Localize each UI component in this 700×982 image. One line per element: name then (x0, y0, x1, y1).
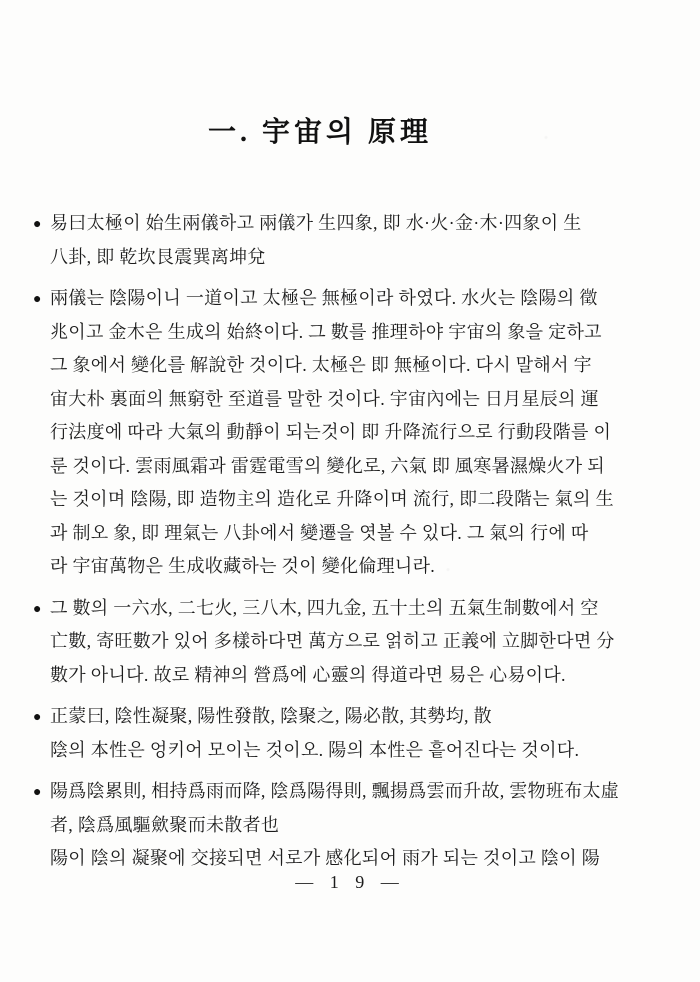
text-line: ●그 數의 一六水, 二七火, 三八木, 四九金, 五十土의 五氣生制數에서 空 (33, 592, 673, 626)
page-title: 一. 宇宙의 原理 (208, 110, 432, 150)
document-page: 一. 宇宙의 原理 ●易曰太極이 始生兩儀하고 兩儀가 生四象, 即 水·火·金… (0, 0, 700, 982)
text-line: 者, 陰爲風驅歛聚而未散者也 (33, 809, 673, 843)
text-line-content: 그 象에서 變化를 解說한 것이다. 太極은 即 無極이다. 다시 말해서 宇 (50, 355, 592, 375)
text-line-content: 易曰太極이 始生兩儀하고 兩儀가 生四象, 即 水·火·金·木·四象이 生 (50, 213, 582, 233)
text-line: 룬 것이다. 雲雨風霜과 雷霆電雪의 變化로, 六氣 即 風寒暑濕燥火가 되 (33, 450, 673, 484)
text-line-content: 數가 아니다. 故로 精神의 營爲에 心靈의 得道라면 易은 心易이다. (50, 665, 566, 685)
text-line-content: 兩儀는 陰陽이니 一道이고 太極은 無極이라 하였다. 水火는 陰陽의 徵 (50, 288, 598, 308)
text-line: ●正蒙曰, 陰性凝聚, 陽性發散, 陰聚之, 陽必散, 其勢均, 散 (33, 700, 673, 734)
text-line-content: 正蒙曰, 陰性凝聚, 陽性發散, 陰聚之, 陽必散, 其勢均, 散 (50, 706, 492, 726)
text-line-content: 陽爲陰累則, 相持爲雨而降, 陰爲陽得則, 飄揚爲雲而升故, 雲物班布太虛 (50, 781, 619, 801)
bullet-marker: ● (33, 208, 50, 242)
text-line-content: 과 制오 象, 即 理氣는 八卦에서 變遷을 엿볼 수 있다. 그 氣의 行에 … (50, 523, 589, 543)
text-line-content: 者, 陰爲風驅歛聚而未散者也 (50, 815, 279, 835)
bullet-marker: ● (33, 776, 50, 810)
text-line: 는 것이며 陰陽, 即 造物主의 造化로 升降이며 流行, 即二段階는 氣의 生 (33, 483, 673, 517)
bullet-marker: ● (33, 283, 50, 317)
text-line-content: 亡數, 寄旺數가 있어 多樣하다면 萬方으로 얽히고 正義에 立脚한다면 分 (50, 631, 615, 651)
text-line-content: 八卦, 即 乾坎艮震巽离坤兌 (50, 247, 266, 267)
text-line-content: 라 宇宙萬物은 生成收藏하는 것이 變化倫理니라. (50, 556, 435, 576)
text-line: 라 宇宙萬物은 生成收藏하는 것이 變化倫理니라. (33, 550, 673, 584)
bullet-marker: ● (33, 593, 50, 627)
text-line: 兆이고 金木은 生成의 始終이다. 그 數를 推理하야 宇宙의 象을 定하고 (33, 316, 673, 350)
text-line-content: 룬 것이다. 雲雨風霜과 雷霆電雪의 變化로, 六氣 即 風寒暑濕燥火가 되 (50, 456, 605, 476)
text-line-content: 陽이 陰의 凝聚에 交接되면 서로가 感化되어 雨가 되는 것이고 陰이 陽 (50, 848, 600, 868)
page-number: — 1 9 — (0, 872, 700, 893)
body-text: ●易曰太極이 始生兩儀하고 兩儀가 生四象, 即 水·火·金·木·四象이 生八卦… (33, 207, 673, 876)
text-line-content: 陰의 本性은 엉키어 모이는 것이오. 陽의 本性은 흩어진다는 것이다. (50, 740, 579, 760)
text-line: 그 象에서 變化를 解說한 것이다. 太極은 即 無極이다. 다시 말해서 宇 (33, 349, 673, 383)
text-line-content: 宙大朴 裏面의 無窮한 至道를 말한 것이다. 宇宙內에는 日月星辰의 運 (50, 389, 599, 409)
text-line: 陰의 本性은 엉키어 모이는 것이오. 陽의 本性은 흩어진다는 것이다. (33, 734, 673, 768)
bullet-marker: ● (33, 701, 50, 735)
text-line-content: 兆이고 金木은 生成의 始終이다. 그 數를 推理하야 宇宙의 象을 定하고 (50, 322, 602, 342)
text-line: 八卦, 即 乾坎艮震巽离坤兌 (33, 241, 673, 275)
text-line-content: 그 數의 一六水, 二七火, 三八木, 四九金, 五十土의 五氣生制數에서 空 (50, 598, 599, 618)
text-line: 宙大朴 裏面의 無窮한 至道를 말한 것이다. 宇宙內에는 日月星辰의 運 (33, 383, 673, 417)
text-line: 亡數, 寄旺數가 있어 多樣하다면 萬方으로 얽히고 正義에 立脚한다면 分 (33, 625, 673, 659)
text-line: ●陽爲陰累則, 相持爲雨而降, 陰爲陽得則, 飄揚爲雲而升故, 雲物班布太虛 (33, 775, 673, 809)
text-line: 과 制오 象, 即 理氣는 八卦에서 變遷을 엿볼 수 있다. 그 氣의 行에 … (33, 517, 673, 551)
text-line: 陽이 陰의 凝聚에 交接되면 서로가 感化되어 雨가 되는 것이고 陰이 陽 (33, 842, 673, 876)
text-line: 數가 아니다. 故로 精神의 營爲에 心靈의 得道라면 易은 心易이다. (33, 659, 673, 693)
text-line-content: 는 것이며 陰陽, 即 造物主의 造化로 升降이며 流行, 即二段階는 氣의 生 (50, 489, 614, 509)
text-line-content: 行法度에 따라 大氣의 動靜이 되는것이 即 升降流行으로 行動段階를 이 (50, 422, 611, 442)
text-line: ●兩儀는 陰陽이니 一道이고 太極은 無極이라 하였다. 水火는 陰陽의 徵 (33, 282, 673, 316)
text-line: ●易曰太極이 始生兩儀하고 兩儀가 生四象, 即 水·火·金·木·四象이 生 (33, 207, 673, 241)
text-line: 行法度에 따라 大氣의 動靜이 되는것이 即 升降流行으로 行動段階를 이 (33, 416, 673, 450)
